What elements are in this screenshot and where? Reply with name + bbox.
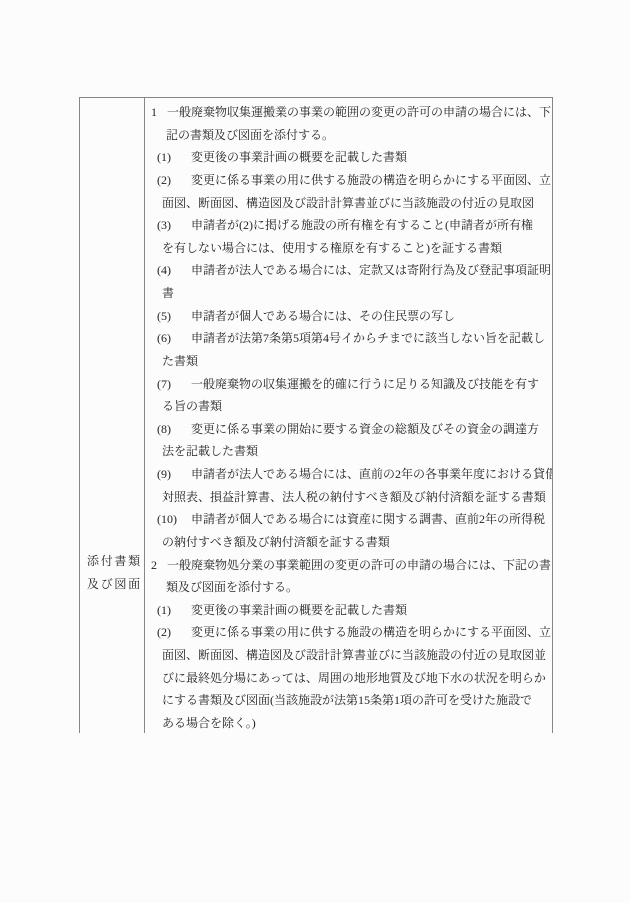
list-marker: (5) xyxy=(157,305,191,328)
line-text: 申請者が(2)に掲げる施設の所有権を有すること(申請者が所有権 xyxy=(191,218,533,232)
line-text: の納付すべき額及び納付済額を証する書類 xyxy=(162,535,390,549)
line-text: にする書類及び図面(当該施設が法第15条第1項の許可を受けた施設で xyxy=(162,693,532,707)
line-text: 類及び図面を添付する。 xyxy=(166,580,298,594)
list-item-line: (6)申請者が法第7条第5項第4号イからチまでに該当しない旨を記載し xyxy=(145,327,552,350)
line-text: た書類 xyxy=(162,354,198,368)
line-text: 変更に係る事業の開始に要する資金の総額及びその資金の調達方 xyxy=(191,422,539,436)
list-item-line: (2)変更に係る事業の用に供する施設の構造を明らかにする平面図、立 xyxy=(145,621,552,644)
list-marker: (3) xyxy=(157,214,191,237)
list-item-line: る旨の書類 xyxy=(145,395,552,418)
list-item-line: (2)変更に係る事業の用に供する施設の構造を明らかにする平面図、立 xyxy=(145,169,552,192)
list-item-line: 書 xyxy=(145,282,552,305)
list-item-line: (1)変更後の事業計画の概要を記載した書類 xyxy=(145,146,552,169)
line-text: る旨の書類 xyxy=(162,399,222,413)
line-text: 変更後の事業計画の概要を記載した書類 xyxy=(191,603,407,617)
list-item-line: (9)申請者が法人である場合には、直前の2年の各事業年度における貸借 xyxy=(145,463,552,486)
line-text: 申請者が法第7条第5項第4号イからチまでに該当しない旨を記載し xyxy=(191,331,545,345)
list-item-line: (5)申請者が個人である場合には、その住民票の写し xyxy=(145,305,552,328)
line-text: 一般廃棄物処分業の事業範囲の変更の許可の申請の場合には、下記の書 xyxy=(167,558,551,572)
line-text: 一般廃棄物の収集運搬を的確に行うに足りる知識及び技能を有す xyxy=(191,377,539,391)
attachment-documents-table: 添付書類 及び図面 1一般廃棄物収集運搬業の事業の範囲の変更の許可の申請の場合に… xyxy=(79,97,553,733)
list-marker: (9) xyxy=(157,463,191,486)
list-item-line: にする書類及び図面(当該施設が法第15条第1項の許可を受けた施設で xyxy=(145,689,552,712)
list-marker: (2) xyxy=(157,621,191,644)
list-marker: (6) xyxy=(157,327,191,350)
section-1-intro-line: 記の書類及び図面を添付する。 xyxy=(145,124,552,147)
list-item-line: (8)変更に係る事業の開始に要する資金の総額及びその資金の調達方 xyxy=(145,418,552,441)
line-text: を有しない場合には、使用する権原を有すること)を証する書類 xyxy=(162,241,502,255)
list-marker: (4) xyxy=(157,259,191,282)
line-text: びに最終処分場にあっては、周囲の地形地質及び地下水の状況を明らか xyxy=(162,671,546,685)
line-text: 申請者が法人である場合には、定款又は寄附行為及び登記事項証明 xyxy=(191,263,551,277)
line-text: 記の書類及び図面を添付する。 xyxy=(166,128,334,142)
list-item-line: を有しない場合には、使用する権原を有すること)を証する書類 xyxy=(145,237,552,260)
list-item-line: 対照表、損益計算書、法人税の納付すべき額及び納付済額を証する書類 xyxy=(145,486,552,509)
list-item-line: (1)変更後の事業計画の概要を記載した書類 xyxy=(145,599,552,622)
list-marker: (10) xyxy=(157,508,191,531)
line-text: 変更に係る事業の用に供する施設の構造を明らかにする平面図、立 xyxy=(191,173,551,187)
list-item-line: 法を記載した書類 xyxy=(145,440,552,463)
list-item-line: (4)申請者が法人である場合には、定款又は寄附行為及び登記事項証明 xyxy=(145,259,552,282)
row-header-cell: 添付書類 及び図面 xyxy=(80,98,145,733)
line-text: 対照表、損益計算書、法人税の納付すべき額及び納付済額を証する書類 xyxy=(162,490,546,504)
list-item-line: (7)一般廃棄物の収集運搬を的確に行うに足りる知識及び技能を有す xyxy=(145,373,552,396)
list-item-line: ある場合を除く。) xyxy=(145,712,552,733)
section-2-intro-line: 類及び図面を添付する。 xyxy=(145,576,552,599)
line-text: 法を記載した書類 xyxy=(162,444,258,458)
content-column: 1一般廃棄物収集運搬業の事業の範囲の変更の許可の申請の場合には、下記の書類及び図… xyxy=(145,98,552,733)
section-2-intro-line: 2一般廃棄物処分業の事業範囲の変更の許可の申請の場合には、下記の書 xyxy=(145,554,552,577)
line-text: 申請者が個人である場合には資産に関する調書、直前2年の所得税 xyxy=(191,512,545,526)
row-header-label-line-2: 及び図面 xyxy=(87,573,144,596)
section-number: 2 xyxy=(151,554,167,577)
document-page: { "page": { "background": "#fcfcfc", "te… xyxy=(0,0,630,903)
list-marker: (1) xyxy=(157,146,191,169)
section-1-intro-line: 1一般廃棄物収集運搬業の事業の範囲の変更の許可の申請の場合には、下 xyxy=(145,101,552,124)
list-marker: (2) xyxy=(157,169,191,192)
section-number: 1 xyxy=(151,101,167,124)
list-item-line: 面図、断面図、構造図及び設計計算書並びに当該施設の付近の見取図 xyxy=(145,192,552,215)
row-header-label-line-1: 添付書類 xyxy=(87,550,144,573)
list-item-line: (3)申請者が(2)に掲げる施設の所有権を有すること(申請者が所有権 xyxy=(145,214,552,237)
line-text: ある場合を除く。) xyxy=(162,716,256,730)
line-text: 一般廃棄物収集運搬業の事業の範囲の変更の許可の申請の場合には、下 xyxy=(167,105,551,119)
line-text: 申請者が個人である場合には、その住民票の写し xyxy=(191,309,455,323)
list-marker: (7) xyxy=(157,373,191,396)
list-item-line: (10)申請者が個人である場合には資産に関する調書、直前2年の所得税 xyxy=(145,508,552,531)
line-text: 面図、断面図、構造図及び設計計算書並びに当該施設の付近の見取図 xyxy=(162,196,534,210)
line-text: 申請者が法人である場合には、直前の2年の各事業年度における貸借 xyxy=(191,467,552,481)
row-header-label: 添付書類 及び図面 xyxy=(80,550,144,595)
list-item-line: 面図、断面図、構造図及び設計計算書並びに当該施設の付近の見取図並 xyxy=(145,644,552,667)
line-text: 変更に係る事業の用に供する施設の構造を明らかにする平面図、立 xyxy=(191,625,551,639)
list-item-line: びに最終処分場にあっては、周囲の地形地質及び地下水の状況を明らか xyxy=(145,667,552,690)
list-marker: (8) xyxy=(157,418,191,441)
line-text: 書 xyxy=(162,286,174,300)
list-marker: (1) xyxy=(157,599,191,622)
list-item-line: の納付すべき額及び納付済額を証する書類 xyxy=(145,531,552,554)
list-item-line: た書類 xyxy=(145,350,552,373)
line-text: 変更後の事業計画の概要を記載した書類 xyxy=(191,150,407,164)
line-text: 面図、断面図、構造図及び設計計算書並びに当該施設の付近の見取図並 xyxy=(162,648,546,662)
